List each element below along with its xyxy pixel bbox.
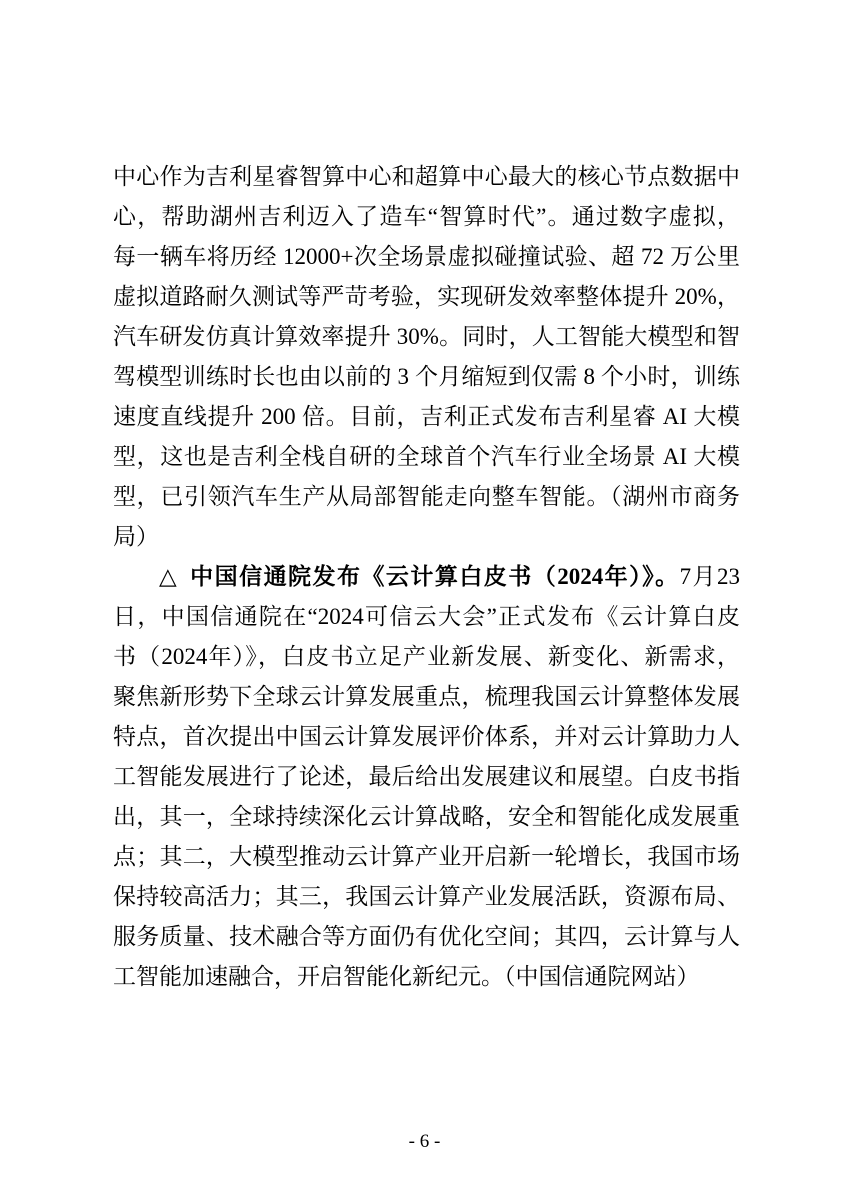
text-line: 特点，首次提出中国云计算发展评价体系，并对云计算助力人 <box>113 717 740 757</box>
page-number: - 6 - <box>0 1130 849 1154</box>
text-line: 中心作为吉利星睿智算中心和超算中心最大的核心节点数据中 <box>113 157 740 197</box>
paragraph-caict: △中国信通院发布《云计算白皮书（2024年）》。7月23 日，中国信通院在“20… <box>113 557 740 997</box>
heading-title: 中国信通院发布《云计算白皮书（2024年）》。 <box>190 564 679 589</box>
text-line: 驾模型训练时长也由以前的 3 个月缩短到仅需 8 个小时，训练 <box>113 357 740 397</box>
text-line: 保持较高活力；其三，我国云计算产业发展活跃，资源布局、 <box>113 877 740 917</box>
text-line: 书（2024年）》，白皮书立足产业新发展、新变化、新需求， <box>113 637 740 677</box>
text-line: 日，中国信通院在“2024可信云大会”正式发布《云计算白皮 <box>113 597 740 637</box>
text-line: 点；其二，大模型推动云计算产业开启新一轮增长，我国市场 <box>113 837 740 877</box>
text-line: 型，已引领汽车生产从局部智能走向整车智能。（湖州市商务 <box>113 477 740 517</box>
text-line: 出，其一，全球持续深化云计算战略，安全和智能化成发展重 <box>113 797 740 837</box>
document-page: 中心作为吉利星睿智算中心和超算中心最大的核心节点数据中 心，帮助湖州吉利迈入了造… <box>0 0 849 1200</box>
text-line: 速度直线提升 200 倍。目前，吉利正式发布吉利星睿 AI 大模 <box>113 397 740 437</box>
heading-tail: 7月23 <box>680 564 740 589</box>
text-block: 中心作为吉利星睿智算中心和超算中心最大的核心节点数据中 心，帮助湖州吉利迈入了造… <box>113 157 740 997</box>
triangle-marker: △ <box>159 564 178 589</box>
text-line: 工智能发展进行了论述，最后给出发展建议和展望。白皮书指 <box>113 757 740 797</box>
text-line: 汽车研发仿真计算效率提升 30%。同时，人工智能大模型和智 <box>113 317 740 357</box>
text-line: 局） <box>113 517 740 557</box>
text-line: 工智能加速融合，开启智能化新纪元。（中国信通院网站） <box>113 957 740 997</box>
text-line: 聚焦新形势下全球云计算发展重点，梳理我国云计算整体发展 <box>113 677 740 717</box>
text-line: 每一辆车将历经 12000+次全场景虚拟碰撞试验、超 72 万公里 <box>113 237 740 277</box>
text-line: 虚拟道路耐久测试等严苛考验，实现研发效率整体提升 20%， <box>113 277 740 317</box>
text-line: 服务质量、技术融合等方面仍有优化空间；其四，云计算与人 <box>113 917 740 957</box>
text-line: 型，这也是吉利全栈自研的全球首个汽车行业全场景 AI 大模 <box>113 437 740 477</box>
heading-line: △中国信通院发布《云计算白皮书（2024年）》。7月23 <box>113 557 740 597</box>
paragraph-geely: 中心作为吉利星睿智算中心和超算中心最大的核心节点数据中 心，帮助湖州吉利迈入了造… <box>113 157 740 557</box>
text-line: 心，帮助湖州吉利迈入了造车“智算时代”。通过数字虚拟， <box>113 197 740 237</box>
